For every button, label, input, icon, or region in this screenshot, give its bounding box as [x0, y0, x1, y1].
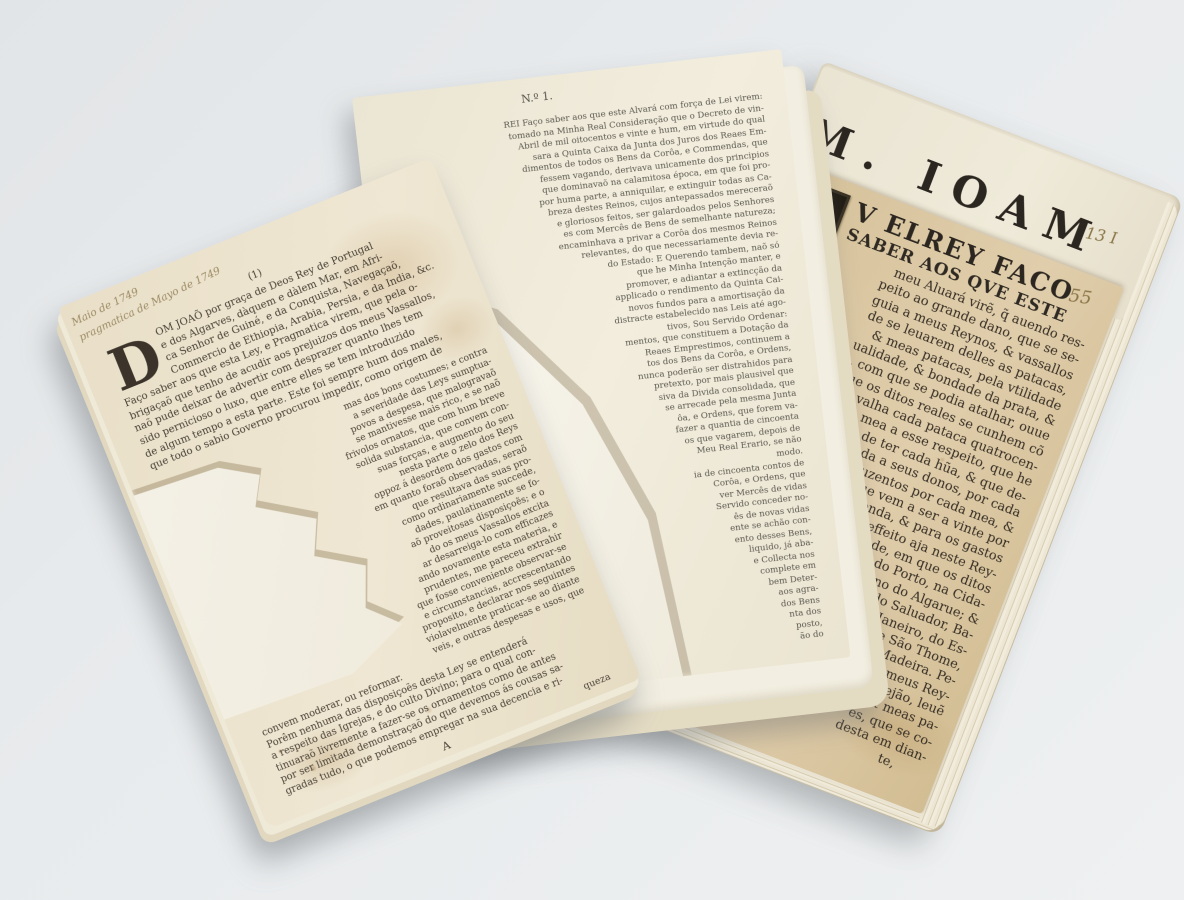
left-signature-mark: A: [440, 738, 452, 753]
photo-scene: M. IOAM 13 I 55 V ELREY FACO SABER AOS Q…: [0, 0, 1184, 900]
right-handwritten-number: 55: [1067, 285, 1093, 309]
left-page-number: (1): [247, 267, 264, 283]
middle-page-header: N.º 1.: [521, 89, 554, 105]
